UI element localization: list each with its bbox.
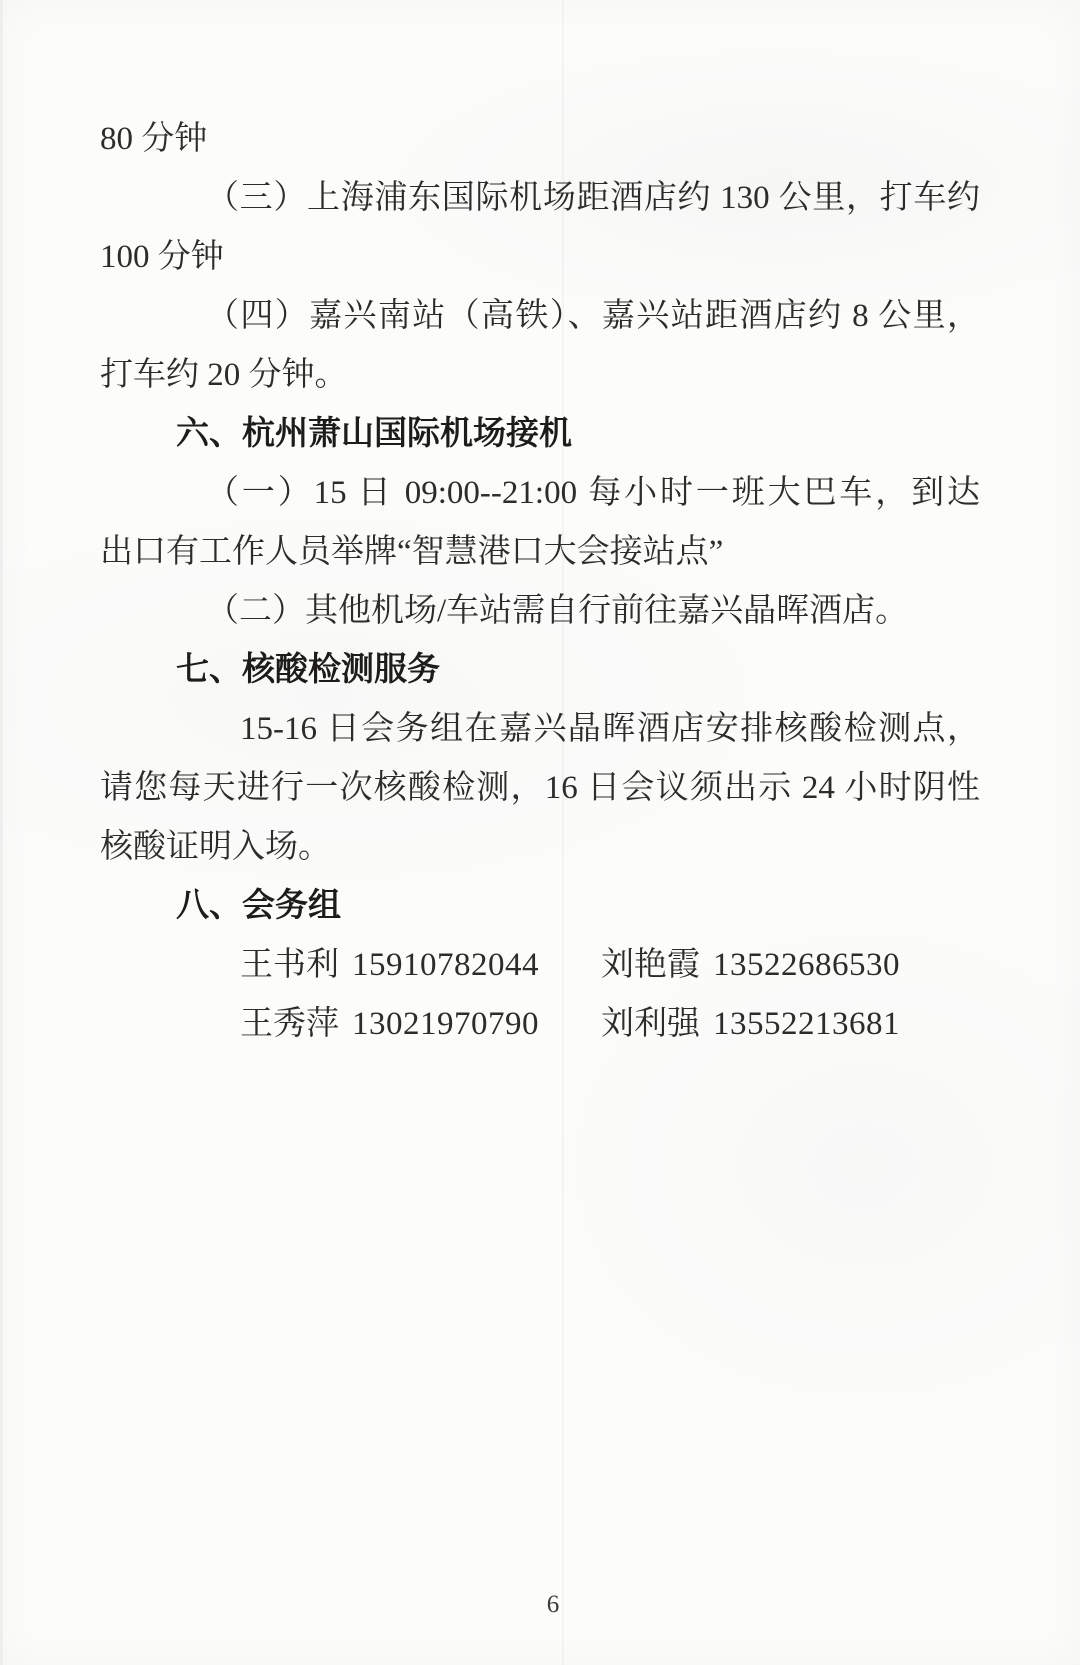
text-line: （一）15 日 09:00--21:00 每小时一班大巴车，到达 xyxy=(100,464,980,523)
contact-name: 刘利强 xyxy=(601,995,713,1054)
contact-phone: 13522686530 xyxy=(713,936,962,995)
text-line: （二）其他机场/车站需自行前往嘉兴晶晖酒店。 xyxy=(100,582,980,641)
heading-covid-testing: 七、核酸检测服务 xyxy=(100,641,980,700)
text-line: 80 分钟 xyxy=(100,110,980,169)
text-line: 核酸证明入场。 xyxy=(100,818,980,877)
contact-row: 王秀萍 13021970790 刘利强 13552213681 xyxy=(100,995,980,1054)
contact-name: 王秀萍 xyxy=(240,995,352,1054)
text-line: 出口有工作人员举牌“智慧港口大会接站点” xyxy=(100,523,980,582)
contact-name: 刘艳霞 xyxy=(601,936,713,995)
heading-organizers: 八、会务组 xyxy=(100,877,980,936)
scanned-document-page: 80 分钟 （三）上海浦东国际机场距酒店约 130 公里，打车约 100 分钟 … xyxy=(0,0,1080,1665)
text-line: 100 分钟 xyxy=(100,228,980,287)
contact-name: 王书利 xyxy=(240,936,352,995)
contact-row: 王书利 15910782044 刘艳霞 13522686530 xyxy=(100,936,980,995)
text-line: 15-16 日会务组在嘉兴晶晖酒店安排核酸检测点， xyxy=(100,700,980,759)
text-line: （四）嘉兴南站（高铁）、嘉兴站距酒店约 8 公里， xyxy=(100,287,980,346)
text-line: （三）上海浦东国际机场距酒店约 130 公里，打车约 xyxy=(100,169,980,228)
contact-phone: 13021970790 xyxy=(352,995,601,1054)
document-body: 80 分钟 （三）上海浦东国际机场距酒店约 130 公里，打车约 100 分钟 … xyxy=(100,110,980,1054)
text-line: 打车约 20 分钟。 xyxy=(100,346,980,405)
page-number: 6 xyxy=(547,1590,560,1620)
scan-edge-artifact xyxy=(0,0,3,1665)
heading-airport-pickup: 六、杭州萧山国际机场接机 xyxy=(100,405,980,464)
text-line: 请您每天进行一次核酸检测，16 日会议须出示 24 小时阴性 xyxy=(100,759,980,818)
contact-phone: 15910782044 xyxy=(352,936,601,995)
contact-phone: 13552213681 xyxy=(713,995,962,1054)
